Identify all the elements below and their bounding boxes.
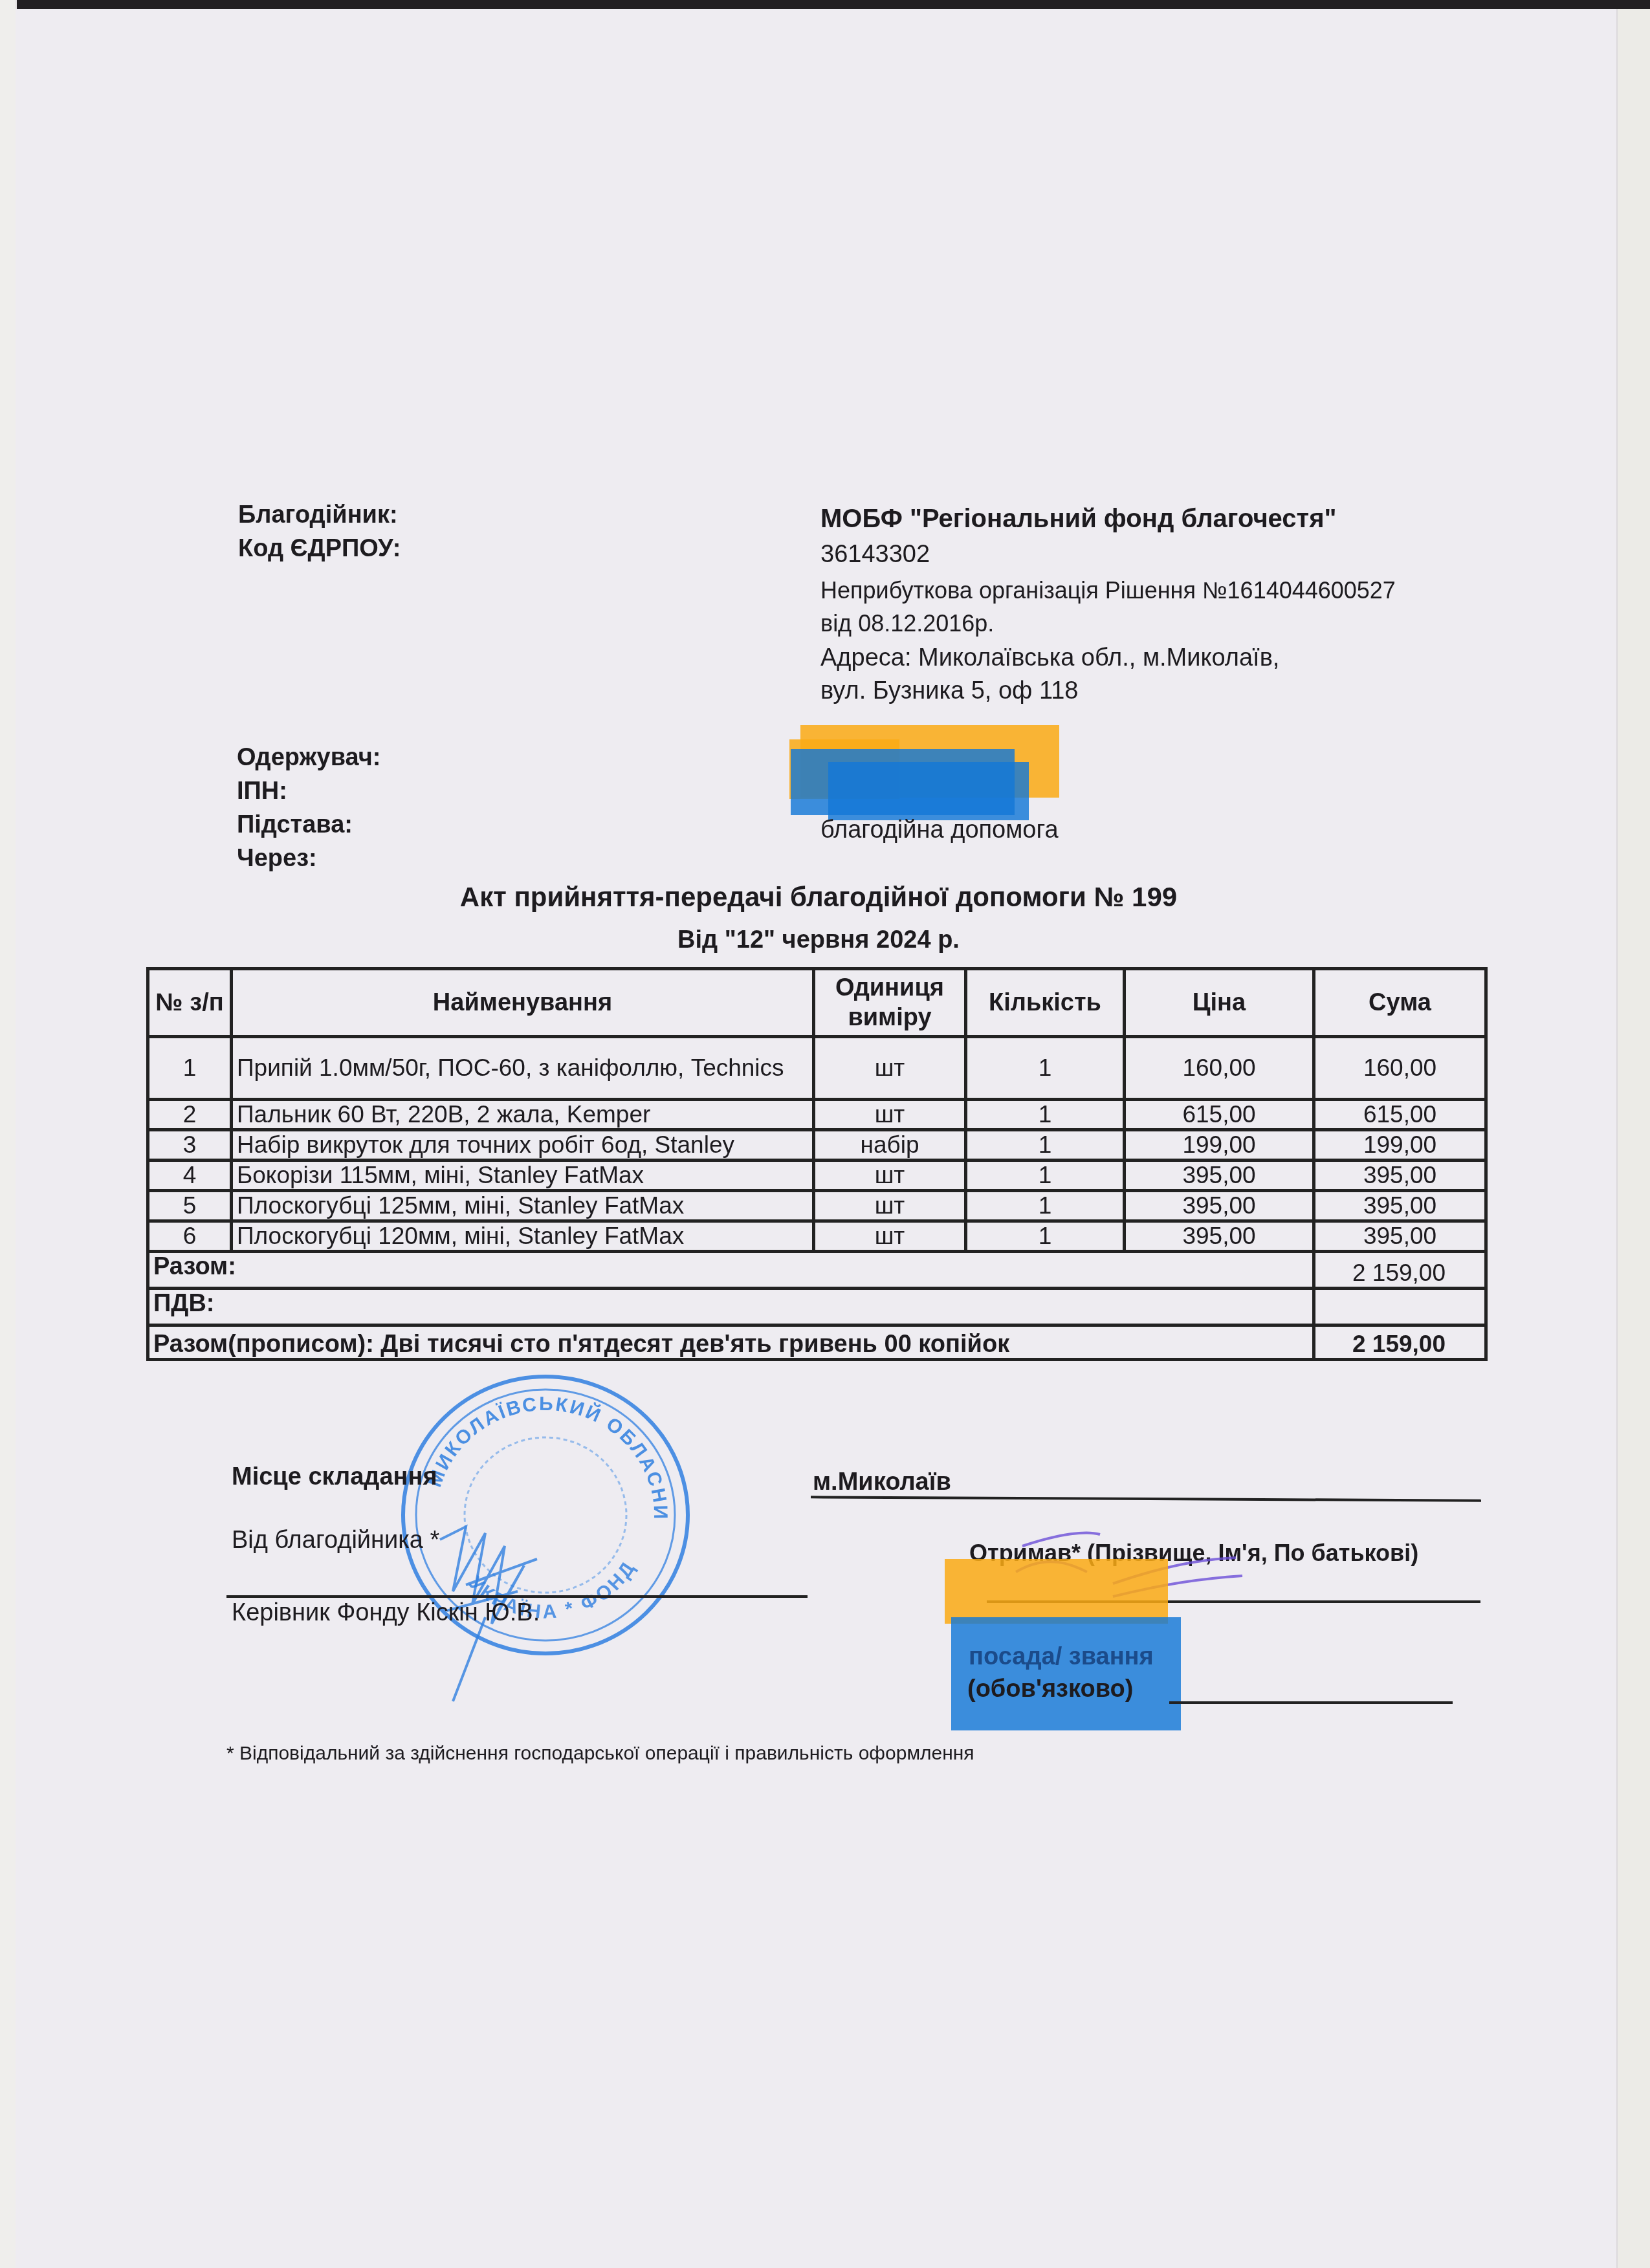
document-date: Від "12" червня 2024 р. [0,926,1644,954]
col-header-qty: Кількість [966,969,1125,1037]
total-words-label: Разом(прописом): Дві тисячі сто п'ятдеся… [148,1325,1314,1360]
row-sum: 395,00 [1314,1221,1486,1252]
table-row: 5 Плоскогубці 125мм, міні, Stanley FatMa… [148,1191,1486,1221]
total-row: Разом: 2 159,00 [148,1252,1486,1289]
row-number: 1 [148,1037,232,1100]
col-header-price: Ціна [1125,969,1314,1037]
edrpou-label: Код ЄДРПОУ: [238,535,401,563]
place-value: м.Миколаїв [813,1468,951,1496]
row-number: 3 [148,1130,232,1161]
row-number: 4 [148,1161,232,1191]
row-price: 615,00 [1125,1100,1314,1130]
address-line-2: вул. Бузника 5, оф 118 [820,677,1078,705]
row-price: 395,00 [1125,1221,1314,1252]
footnote: * Відповідальний за здійснення господарс… [226,1743,974,1765]
table-row: 2 Пальник 60 Вт, 220В, 2 жала, Kemper шт… [148,1100,1486,1130]
row-price: 395,00 [1125,1191,1314,1221]
row-sum: 395,00 [1314,1191,1486,1221]
table-row: 3 Набір викруток для точних робіт 6од, S… [148,1130,1486,1161]
basis-value: благодійна допомога [820,816,1059,844]
head-of-fund-label: Керівник Фонду Кіскін Ю.В. [232,1599,540,1627]
col-header-unit: Одиниця виміру [814,969,966,1037]
row-item-name: Бокорізи 115мм, міні, Stanley FatMax [232,1161,814,1191]
row-number: 2 [148,1100,232,1130]
donor-label: Благодійник: [238,501,398,529]
nonprofit-decision: Неприбуткова організація Рішення №161404… [820,577,1396,604]
total-words-row: Разом(прописом): Дві тисячі сто п'ятдеся… [148,1325,1486,1360]
row-price: 199,00 [1125,1130,1314,1161]
row-qty: 1 [966,1191,1125,1221]
recipient-label: Одержувач: [237,744,380,772]
document-title: Акт прийняття-передачі благодійної допом… [0,882,1644,913]
donor-name: МОБФ "Регіональний фонд благочестя" [820,505,1336,534]
nonprofit-date: від 08.12.2016р. [820,610,994,637]
place-label: Місце складання [232,1463,437,1491]
recipient-signature-redaction [945,1559,1168,1624]
col-header-number: № з/п [148,969,232,1037]
ipn-label: ІПН: [237,778,287,805]
row-qty: 1 [966,1037,1125,1100]
from-donor-label: Від благодійника * [232,1527,439,1554]
table-row: 1 Припій 1.0мм/50г, ПОС-60, з каніфоллю,… [148,1037,1486,1100]
row-qty: 1 [966,1221,1125,1252]
scan-border-top [0,0,1650,9]
row-number: 5 [148,1191,232,1221]
position-label: посада/ звання [969,1643,1154,1671]
row-qty: 1 [966,1100,1125,1130]
table-row: 4 Бокорізи 115мм, міні, Stanley FatMax ш… [148,1161,1486,1191]
donor-signature-line [226,1595,808,1598]
row-item-name: Пальник 60 Вт, 220В, 2 жала, Kemper [232,1100,814,1130]
row-unit: шт [814,1221,966,1252]
vat-row: ПДВ: [148,1289,1486,1325]
address-line-1: Адреса: Миколаївська обл., м.Миколаїв, [820,644,1279,672]
total-words-value: 2 159,00 [1314,1325,1486,1360]
row-sum: 395,00 [1314,1161,1486,1191]
row-number: 6 [148,1221,232,1252]
stamp-text-top: МИКОЛАЇВСЬКИЙ ОБЛАСНИЙ [398,1371,671,1521]
col-header-name: Найменування [232,969,814,1037]
total-value: 2 159,00 [1314,1252,1486,1289]
row-sum: 199,00 [1314,1130,1486,1161]
row-unit: шт [814,1161,966,1191]
scan-border-left [0,0,17,2268]
basis-label: Підстава: [237,811,353,839]
col-header-sum: Сума [1314,969,1486,1037]
via-label: Через: [237,845,317,873]
items-table: № з/п Найменування Одиниця виміру Кількі… [146,967,1488,1361]
scan-border-right [1616,9,1650,2268]
row-item-name: Плоскогубці 120мм, міні, Stanley FatMax [232,1221,814,1252]
row-item-name: Набір викруток для точних робіт 6од, Sta… [232,1130,814,1161]
position-underline [1169,1701,1453,1704]
svg-text:МИКОЛАЇВСЬКИЙ ОБЛАСНИЙ: МИКОЛАЇВСЬКИЙ ОБЛАСНИЙ [398,1371,671,1521]
edrpou-value: 36143302 [820,541,930,569]
row-qty: 1 [966,1130,1125,1161]
row-unit: шт [814,1191,966,1221]
row-qty: 1 [966,1161,1125,1191]
row-price: 395,00 [1125,1161,1314,1191]
ipn-redaction-2 [828,762,1029,820]
table-header-row: № з/п Найменування Одиниця виміру Кількі… [148,969,1486,1037]
row-price: 160,00 [1125,1037,1314,1100]
mandatory-label: (обов'язково) [967,1675,1133,1703]
row-unit: шт [814,1100,966,1130]
row-unit: шт [814,1037,966,1100]
vat-value [1314,1289,1486,1325]
table-row: 6 Плоскогубці 120мм, міні, Stanley FatMa… [148,1221,1486,1252]
total-label: Разом: [148,1252,1314,1289]
row-item-name: Плоскогубці 125мм, міні, Stanley FatMax [232,1191,814,1221]
row-sum: 160,00 [1314,1037,1486,1100]
vat-label: ПДВ: [148,1289,1314,1325]
row-item-name: Припій 1.0мм/50г, ПОС-60, з каніфоллю, T… [232,1037,814,1100]
row-sum: 615,00 [1314,1100,1486,1130]
row-unit: набір [814,1130,966,1161]
recipient-position-redaction [951,1617,1181,1730]
